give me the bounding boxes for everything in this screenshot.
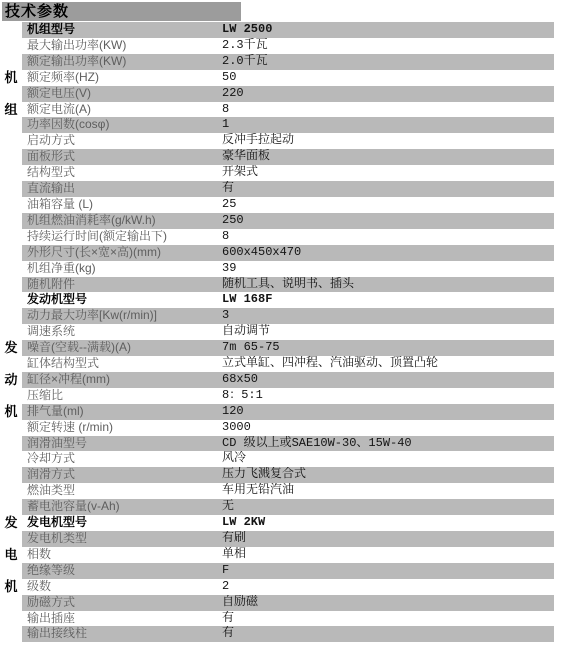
row-group-label xyxy=(0,626,22,642)
spec-label: 额定频率(HZ) xyxy=(22,70,222,86)
row-group-label: 机 xyxy=(0,404,22,420)
row-group-label xyxy=(0,308,22,324)
spec-value: 250 xyxy=(222,213,554,229)
spec-value: 120 xyxy=(222,404,554,420)
row-body: 动力最大功率[Kw(r/min)]3 xyxy=(22,308,554,324)
spec-value: 车用无铅汽油 xyxy=(222,483,554,499)
table-row: 燃油类型车用无铅汽油 xyxy=(0,483,565,499)
spec-label: 最大输出功率(KW) xyxy=(22,38,222,54)
spec-value: 3 xyxy=(222,308,554,324)
spec-value: 600x450x470 xyxy=(222,245,554,261)
row-group-label xyxy=(0,133,22,149)
row-group-label xyxy=(0,22,22,38)
row-body: 油箱容量 (L)25 xyxy=(22,197,554,213)
table-row: 发噪音(空载--满载)(A)7m 65-75 xyxy=(0,340,565,356)
spec-value: 压力飞溅复合式 xyxy=(222,467,554,483)
row-body: 燃油类型车用无铅汽油 xyxy=(22,483,554,499)
row-body: 调速系统自动调节 xyxy=(22,324,554,340)
table-row: 启动方式反冲手拉起动 xyxy=(0,133,565,149)
spec-value: 豪华面板 xyxy=(222,149,554,165)
table-row: 额定输出功率(KW)2.0千瓦 xyxy=(0,54,565,70)
spec-label: 调速系统 xyxy=(22,324,222,340)
spec-label: 动力最大功率[Kw(r/min)] xyxy=(22,308,222,324)
row-group-label xyxy=(0,499,22,515)
spec-value: LW 168F xyxy=(222,292,554,308)
row-body: 级数2 xyxy=(22,579,554,595)
row-group-label xyxy=(0,611,22,627)
spec-label: 冷却方式 xyxy=(22,451,222,467)
row-group-label xyxy=(0,451,22,467)
spec-value: LW 2KW xyxy=(222,515,554,531)
spec-value: 3000 xyxy=(222,420,554,436)
row-group-label xyxy=(0,436,22,452)
table-row: 机级数2 xyxy=(0,579,565,595)
table-row: 输出接线柱有 xyxy=(0,626,565,642)
spec-label: 输出接线柱 xyxy=(22,626,222,642)
spec-value: 自动调节 xyxy=(222,324,554,340)
spec-label: 发动机型号 xyxy=(22,292,222,308)
spec-label: 持续运行时间(额定输出下) xyxy=(22,229,222,245)
spec-label: 直流输出 xyxy=(22,181,222,197)
row-group-label xyxy=(0,197,22,213)
spec-label: 励磁方式 xyxy=(22,595,222,611)
row-group-label: 发 xyxy=(0,340,22,356)
spec-label: 排气量(ml) xyxy=(22,404,222,420)
table-row: 冷却方式风冷 xyxy=(0,451,565,467)
table-row: 额定转速 (r/min)3000 xyxy=(0,420,565,436)
spec-label: 级数 xyxy=(22,579,222,595)
spec-page: { "page": { "title": "技术参数" }, "colors":… xyxy=(0,0,565,655)
row-body: 相数单相 xyxy=(22,547,554,563)
row-group-label xyxy=(0,388,22,404)
spec-label: 外形尺寸(长×宽×高)(mm) xyxy=(22,245,222,261)
spec-value: 1 xyxy=(222,117,554,133)
table-row: 发电机类型有刷 xyxy=(0,531,565,547)
table-row: 调速系统自动调节 xyxy=(0,324,565,340)
spec-label: 润滑方式 xyxy=(22,467,222,483)
table-row: 压缩比8：5:1 xyxy=(0,388,565,404)
spec-label: 额定电压(V) xyxy=(22,86,222,102)
spec-value: 2.0千瓦 xyxy=(222,54,554,70)
row-group-label: 动 xyxy=(0,372,22,388)
row-group-label xyxy=(0,117,22,133)
spec-label: 噪音(空载--满载)(A) xyxy=(22,340,222,356)
row-group-label: 组 xyxy=(0,102,22,118)
spec-value: 220 xyxy=(222,86,554,102)
row-body: 最大输出功率(KW)2.3千瓦 xyxy=(22,38,554,54)
row-body: 发电机类型有刷 xyxy=(22,531,554,547)
spec-label: 额定电流(A) xyxy=(22,102,222,118)
spec-value: LW 2500 xyxy=(222,22,554,38)
table-row: 励磁方式自励磁 xyxy=(0,595,565,611)
spec-value: 50 xyxy=(222,70,554,86)
row-body: 蓄电池容量(v-Ah)无 xyxy=(22,499,554,515)
spec-value: 8：5:1 xyxy=(222,388,554,404)
row-body: 额定频率(HZ)50 xyxy=(22,70,554,86)
spec-label: 缸体结构型式 xyxy=(22,356,222,372)
table-row: 直流输出有 xyxy=(0,181,565,197)
row-body: 发电机型号LW 2KW xyxy=(22,515,554,531)
spec-value: 单相 xyxy=(222,547,554,563)
spec-label: 缸径×冲程(mm) xyxy=(22,372,222,388)
row-body: 噪音(空载--满载)(A)7m 65-75 xyxy=(22,340,554,356)
row-group-label xyxy=(0,181,22,197)
row-body: 冷却方式风冷 xyxy=(22,451,554,467)
table-row: 电相数单相 xyxy=(0,547,565,563)
table-row: 动缸径×冲程(mm)68x50 xyxy=(0,372,565,388)
row-group-label xyxy=(0,277,22,293)
spec-label: 额定转速 (r/min) xyxy=(22,420,222,436)
spec-value: 有 xyxy=(222,611,554,627)
row-group-label xyxy=(0,261,22,277)
row-group-label xyxy=(0,483,22,499)
table-row: 结构型式开架式 xyxy=(0,165,565,181)
table-row: 功率因数(cosφ)1 xyxy=(0,117,565,133)
row-body: 输出接线柱有 xyxy=(22,626,554,642)
row-group-label xyxy=(0,420,22,436)
spec-label: 发电机类型 xyxy=(22,531,222,547)
spec-label: 燃油类型 xyxy=(22,483,222,499)
row-body: 结构型式开架式 xyxy=(22,165,554,181)
row-body: 面板形式豪华面板 xyxy=(22,149,554,165)
row-group-label xyxy=(0,149,22,165)
spec-label: 相数 xyxy=(22,547,222,563)
row-body: 额定电流(A)8 xyxy=(22,102,554,118)
row-group-label: 机 xyxy=(0,70,22,86)
spec-value: 2.3千瓦 xyxy=(222,38,554,54)
spec-value: 反冲手拉起动 xyxy=(222,133,554,149)
table-row: 蓄电池容量(v-Ah)无 xyxy=(0,499,565,515)
spec-value: 8 xyxy=(222,102,554,118)
spec-value: 25 xyxy=(222,197,554,213)
row-group-label: 机 xyxy=(0,579,22,595)
spec-value: 有刷 xyxy=(222,531,554,547)
row-group-label xyxy=(0,165,22,181)
row-body: 机组净重(kg)39 xyxy=(22,261,554,277)
spec-value: F xyxy=(222,563,554,579)
spec-label: 机组型号 xyxy=(22,22,222,38)
row-group-label xyxy=(0,245,22,261)
table-row: 动力最大功率[Kw(r/min)]3 xyxy=(0,308,565,324)
table-row: 机组燃油消耗率(g/kW.h)250 xyxy=(0,213,565,229)
row-group-label: 发 xyxy=(0,515,22,531)
row-body: 润滑油型号CD 级以上或SAE10W-30、15W-40 xyxy=(22,436,554,452)
table-row: 额定电压(V)220 xyxy=(0,86,565,102)
spec-label: 面板形式 xyxy=(22,149,222,165)
table-row: 机排气量(ml)120 xyxy=(0,404,565,420)
row-body: 输出插座有 xyxy=(22,611,554,627)
table-row: 绝缘等级F xyxy=(0,563,565,579)
row-group-label xyxy=(0,531,22,547)
spec-value: 随机工具、说明书、插头 xyxy=(222,277,554,293)
row-group-label xyxy=(0,38,22,54)
table-row: 持续运行时间(额定输出下)8 xyxy=(0,229,565,245)
spec-value: 自励磁 xyxy=(222,595,554,611)
spec-label: 发电机型号 xyxy=(22,515,222,531)
spec-table: 机组型号LW 2500最大输出功率(KW)2.3千瓦额定输出功率(KW)2.0千… xyxy=(0,22,565,642)
row-group-label xyxy=(0,229,22,245)
table-row: 机组型号LW 2500 xyxy=(0,22,565,38)
row-body: 功率因数(cosφ)1 xyxy=(22,117,554,133)
spec-value: 有 xyxy=(222,181,554,197)
row-body: 排气量(ml)120 xyxy=(22,404,554,420)
row-body: 绝缘等级F xyxy=(22,563,554,579)
spec-label: 机组净重(kg) xyxy=(22,261,222,277)
row-group-label xyxy=(0,595,22,611)
row-group-label xyxy=(0,324,22,340)
table-row: 机组净重(kg)39 xyxy=(0,261,565,277)
spec-value: 2 xyxy=(222,579,554,595)
spec-label: 额定输出功率(KW) xyxy=(22,54,222,70)
table-row: 润滑方式压力飞溅复合式 xyxy=(0,467,565,483)
table-row: 面板形式豪华面板 xyxy=(0,149,565,165)
spec-label: 输出插座 xyxy=(22,611,222,627)
row-body: 外形尺寸(长×宽×高)(mm)600x450x470 xyxy=(22,245,554,261)
table-row: 外形尺寸(长×宽×高)(mm)600x450x470 xyxy=(0,245,565,261)
page-title: 技术参数 xyxy=(2,2,241,21)
row-body: 润滑方式压力飞溅复合式 xyxy=(22,467,554,483)
table-row: 机额定频率(HZ)50 xyxy=(0,70,565,86)
row-group-label xyxy=(0,292,22,308)
spec-value: 有 xyxy=(222,626,554,642)
row-group-label xyxy=(0,467,22,483)
row-group-label xyxy=(0,563,22,579)
spec-label: 蓄电池容量(v-Ah) xyxy=(22,499,222,515)
spec-value: 立式单缸、四冲程、汽油驱动、顶置凸轮 xyxy=(222,356,554,372)
table-row: 缸体结构型式立式单缸、四冲程、汽油驱动、顶置凸轮 xyxy=(0,356,565,372)
row-group-label xyxy=(0,213,22,229)
spec-value: CD 级以上或SAE10W-30、15W-40 xyxy=(222,436,554,452)
row-body: 压缩比8：5:1 xyxy=(22,388,554,404)
table-row: 输出插座有 xyxy=(0,611,565,627)
spec-value: 7m 65-75 xyxy=(222,340,554,356)
spec-label: 压缩比 xyxy=(22,388,222,404)
spec-value: 开架式 xyxy=(222,165,554,181)
table-row: 润滑油型号CD 级以上或SAE10W-30、15W-40 xyxy=(0,436,565,452)
table-row: 随机附件随机工具、说明书、插头 xyxy=(0,277,565,293)
spec-label: 油箱容量 (L) xyxy=(22,197,222,213)
row-group-label xyxy=(0,356,22,372)
spec-label: 结构型式 xyxy=(22,165,222,181)
row-group-label xyxy=(0,86,22,102)
table-row: 发动机型号LW 168F xyxy=(0,292,565,308)
row-body: 缸体结构型式立式单缸、四冲程、汽油驱动、顶置凸轮 xyxy=(22,356,554,372)
spec-value: 39 xyxy=(222,261,554,277)
spec-label: 启动方式 xyxy=(22,133,222,149)
spec-label: 润滑油型号 xyxy=(22,436,222,452)
row-group-label xyxy=(0,54,22,70)
row-body: 额定转速 (r/min)3000 xyxy=(22,420,554,436)
row-body: 启动方式反冲手拉起动 xyxy=(22,133,554,149)
row-body: 额定输出功率(KW)2.0千瓦 xyxy=(22,54,554,70)
row-body: 随机附件随机工具、说明书、插头 xyxy=(22,277,554,293)
row-body: 持续运行时间(额定输出下)8 xyxy=(22,229,554,245)
table-row: 油箱容量 (L)25 xyxy=(0,197,565,213)
row-body: 缸径×冲程(mm)68x50 xyxy=(22,372,554,388)
spec-label: 绝缘等级 xyxy=(22,563,222,579)
row-body: 发动机型号LW 168F xyxy=(22,292,554,308)
row-body: 机组燃油消耗率(g/kW.h)250 xyxy=(22,213,554,229)
row-body: 励磁方式自励磁 xyxy=(22,595,554,611)
row-body: 额定电压(V)220 xyxy=(22,86,554,102)
table-row: 最大输出功率(KW)2.3千瓦 xyxy=(0,38,565,54)
spec-value: 风冷 xyxy=(222,451,554,467)
row-body: 机组型号LW 2500 xyxy=(22,22,554,38)
spec-value: 无 xyxy=(222,499,554,515)
row-group-label: 电 xyxy=(0,547,22,563)
spec-label: 机组燃油消耗率(g/kW.h) xyxy=(22,213,222,229)
row-body: 直流输出有 xyxy=(22,181,554,197)
table-row: 发发电机型号LW 2KW xyxy=(0,515,565,531)
spec-value: 8 xyxy=(222,229,554,245)
table-row: 组额定电流(A)8 xyxy=(0,102,565,118)
spec-value: 68x50 xyxy=(222,372,554,388)
spec-label: 功率因数(cosφ) xyxy=(22,117,222,133)
spec-label: 随机附件 xyxy=(22,277,222,293)
